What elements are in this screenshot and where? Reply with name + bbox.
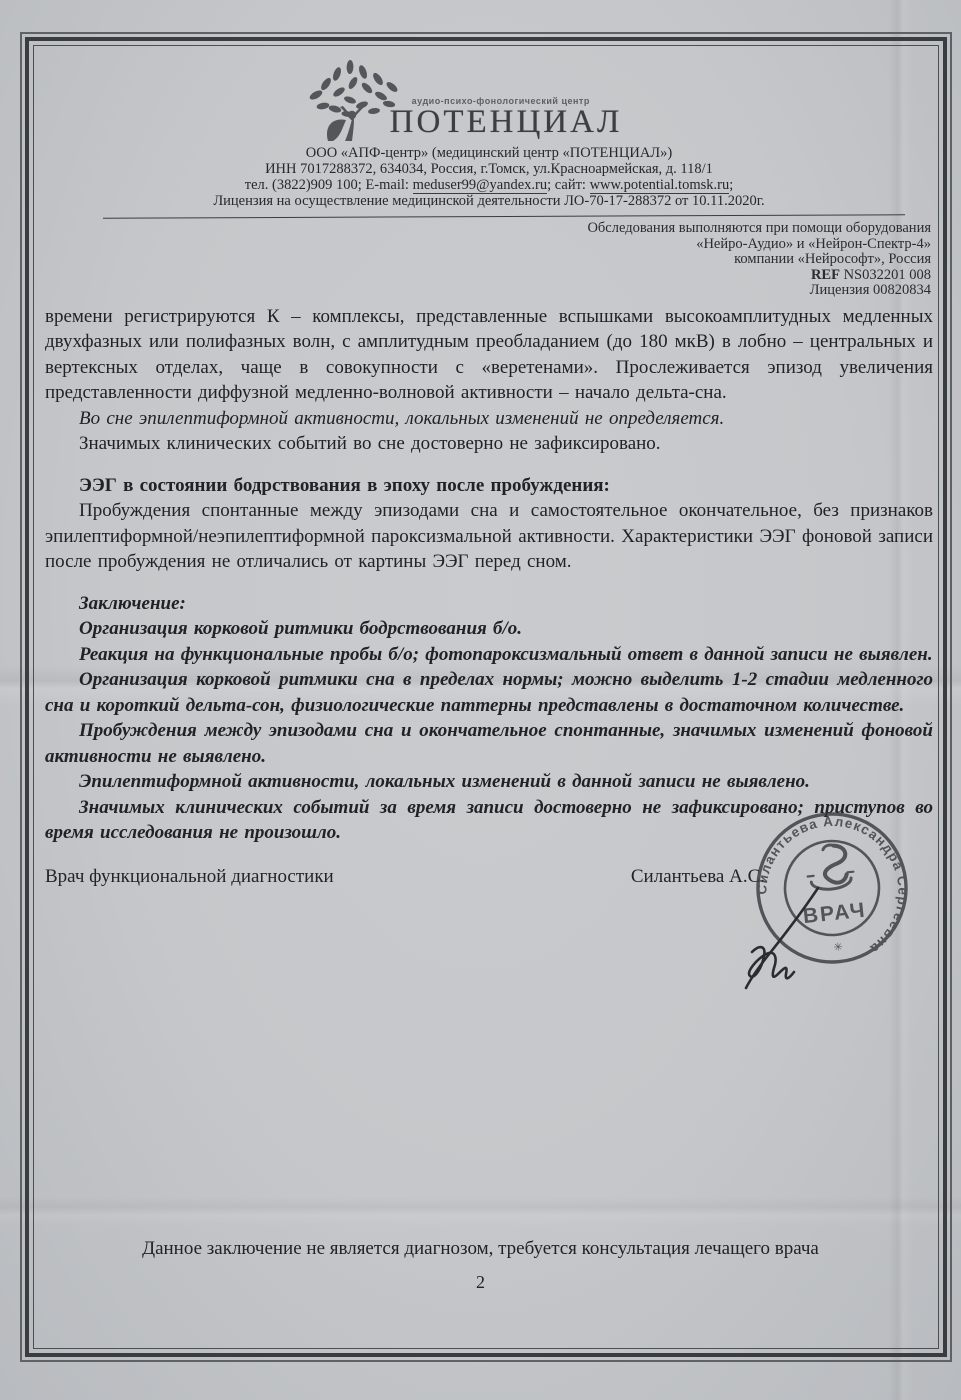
ref-label: REF	[811, 267, 840, 283]
page-content: аудио-психо-фонологический центр ПОТЕНЦИ…	[25, 37, 947, 1357]
logo-name: ПОТЕНЦИАЛ	[390, 106, 623, 139]
paragraph-sleep-events: Значимых клинических событий во сне дост…	[45, 431, 933, 457]
org-contacts-line: тел. (3822)909 100; E-mail: meduser99@ya…	[45, 177, 933, 193]
paragraph-sleep-continuation: времени регистрируются К – комплексы, пр…	[45, 304, 933, 406]
footer-disclaimer: Данное заключение не является диагнозом,…	[0, 1238, 961, 1260]
org-site-label: ; сайт:	[547, 177, 589, 193]
report-body: времени регистрируются К – комплексы, пр…	[45, 304, 933, 846]
paragraph-sleep-epileptiform: Во сне эпилептиформной активности, локал…	[45, 406, 933, 432]
equipment-license-line: Лицензия 00820834	[45, 283, 931, 299]
conclusion-title: Заключение:	[45, 591, 933, 617]
doctor-signature-autograph	[722, 880, 832, 1000]
org-phone: тел. (3822)909 100; E-mail:	[245, 177, 413, 193]
equipment-ref-line: REF NS032201 008	[45, 268, 931, 284]
conclusion-item-1: Организация корковой ритмики бодрствован…	[45, 616, 933, 642]
page-number: 2	[0, 1272, 961, 1293]
scanned-document-page: аудио-психо-фонологический центр ПОТЕНЦИ…	[0, 0, 961, 1400]
equipment-info: Обследования выполняются при помощи обор…	[45, 221, 931, 299]
conclusion-item-4: Пробуждения между эпизодами сна и оконча…	[45, 718, 933, 769]
header-separator-rule	[103, 214, 905, 218]
tree-with-person-icon	[300, 59, 404, 141]
conclusion-item-3: Организация корковой ритмики сна в преде…	[45, 667, 933, 718]
org-site-link: www.potential.tomsk.ru	[590, 177, 730, 194]
heading-eeg-awake: ЭЭГ в состоянии бодрствования в эпоху по…	[45, 473, 933, 499]
org-license-line: Лицензия на осуществление медицинской де…	[45, 193, 933, 209]
doctor-role-label: Врач функциональной диагностики	[45, 866, 334, 888]
equipment-line-3: компании «Нейрософт», Россия	[45, 252, 931, 268]
conclusion-item-5: Эпилептиформной активности, локальных из…	[45, 769, 933, 795]
org-info: ООО «АПФ-центр» (медицинский центр «ПОТЕ…	[45, 145, 933, 209]
org-contacts-tail: ;	[729, 177, 733, 193]
org-email-link: meduser99@yandex.ru	[413, 177, 548, 194]
clinic-logo: аудио-психо-фонологический центр ПОТЕНЦИ…	[17, 59, 905, 141]
equipment-line-1: Обследования выполняются при помощи обор…	[45, 221, 931, 237]
logo-text: аудио-психо-фонологический центр ПОТЕНЦИ…	[390, 96, 623, 141]
equipment-line-2: «Нейро-Аудио» и «Нейрон-Спектр-4»	[45, 237, 931, 253]
stamp-bottom-mark: ✳	[833, 941, 843, 954]
paragraph-awakening: Пробуждения спонтанные между эпизодами с…	[45, 498, 933, 575]
org-name-line: ООО «АПФ-центр» (медицинский центр «ПОТЕ…	[45, 145, 933, 161]
org-address-line: ИНН 7017288372, 634034, Россия, г.Томск,…	[45, 161, 933, 177]
conclusion-item-2: Реакция на функциональные пробы б/о; фот…	[45, 642, 933, 668]
ref-value: NS032201 008	[840, 267, 931, 283]
